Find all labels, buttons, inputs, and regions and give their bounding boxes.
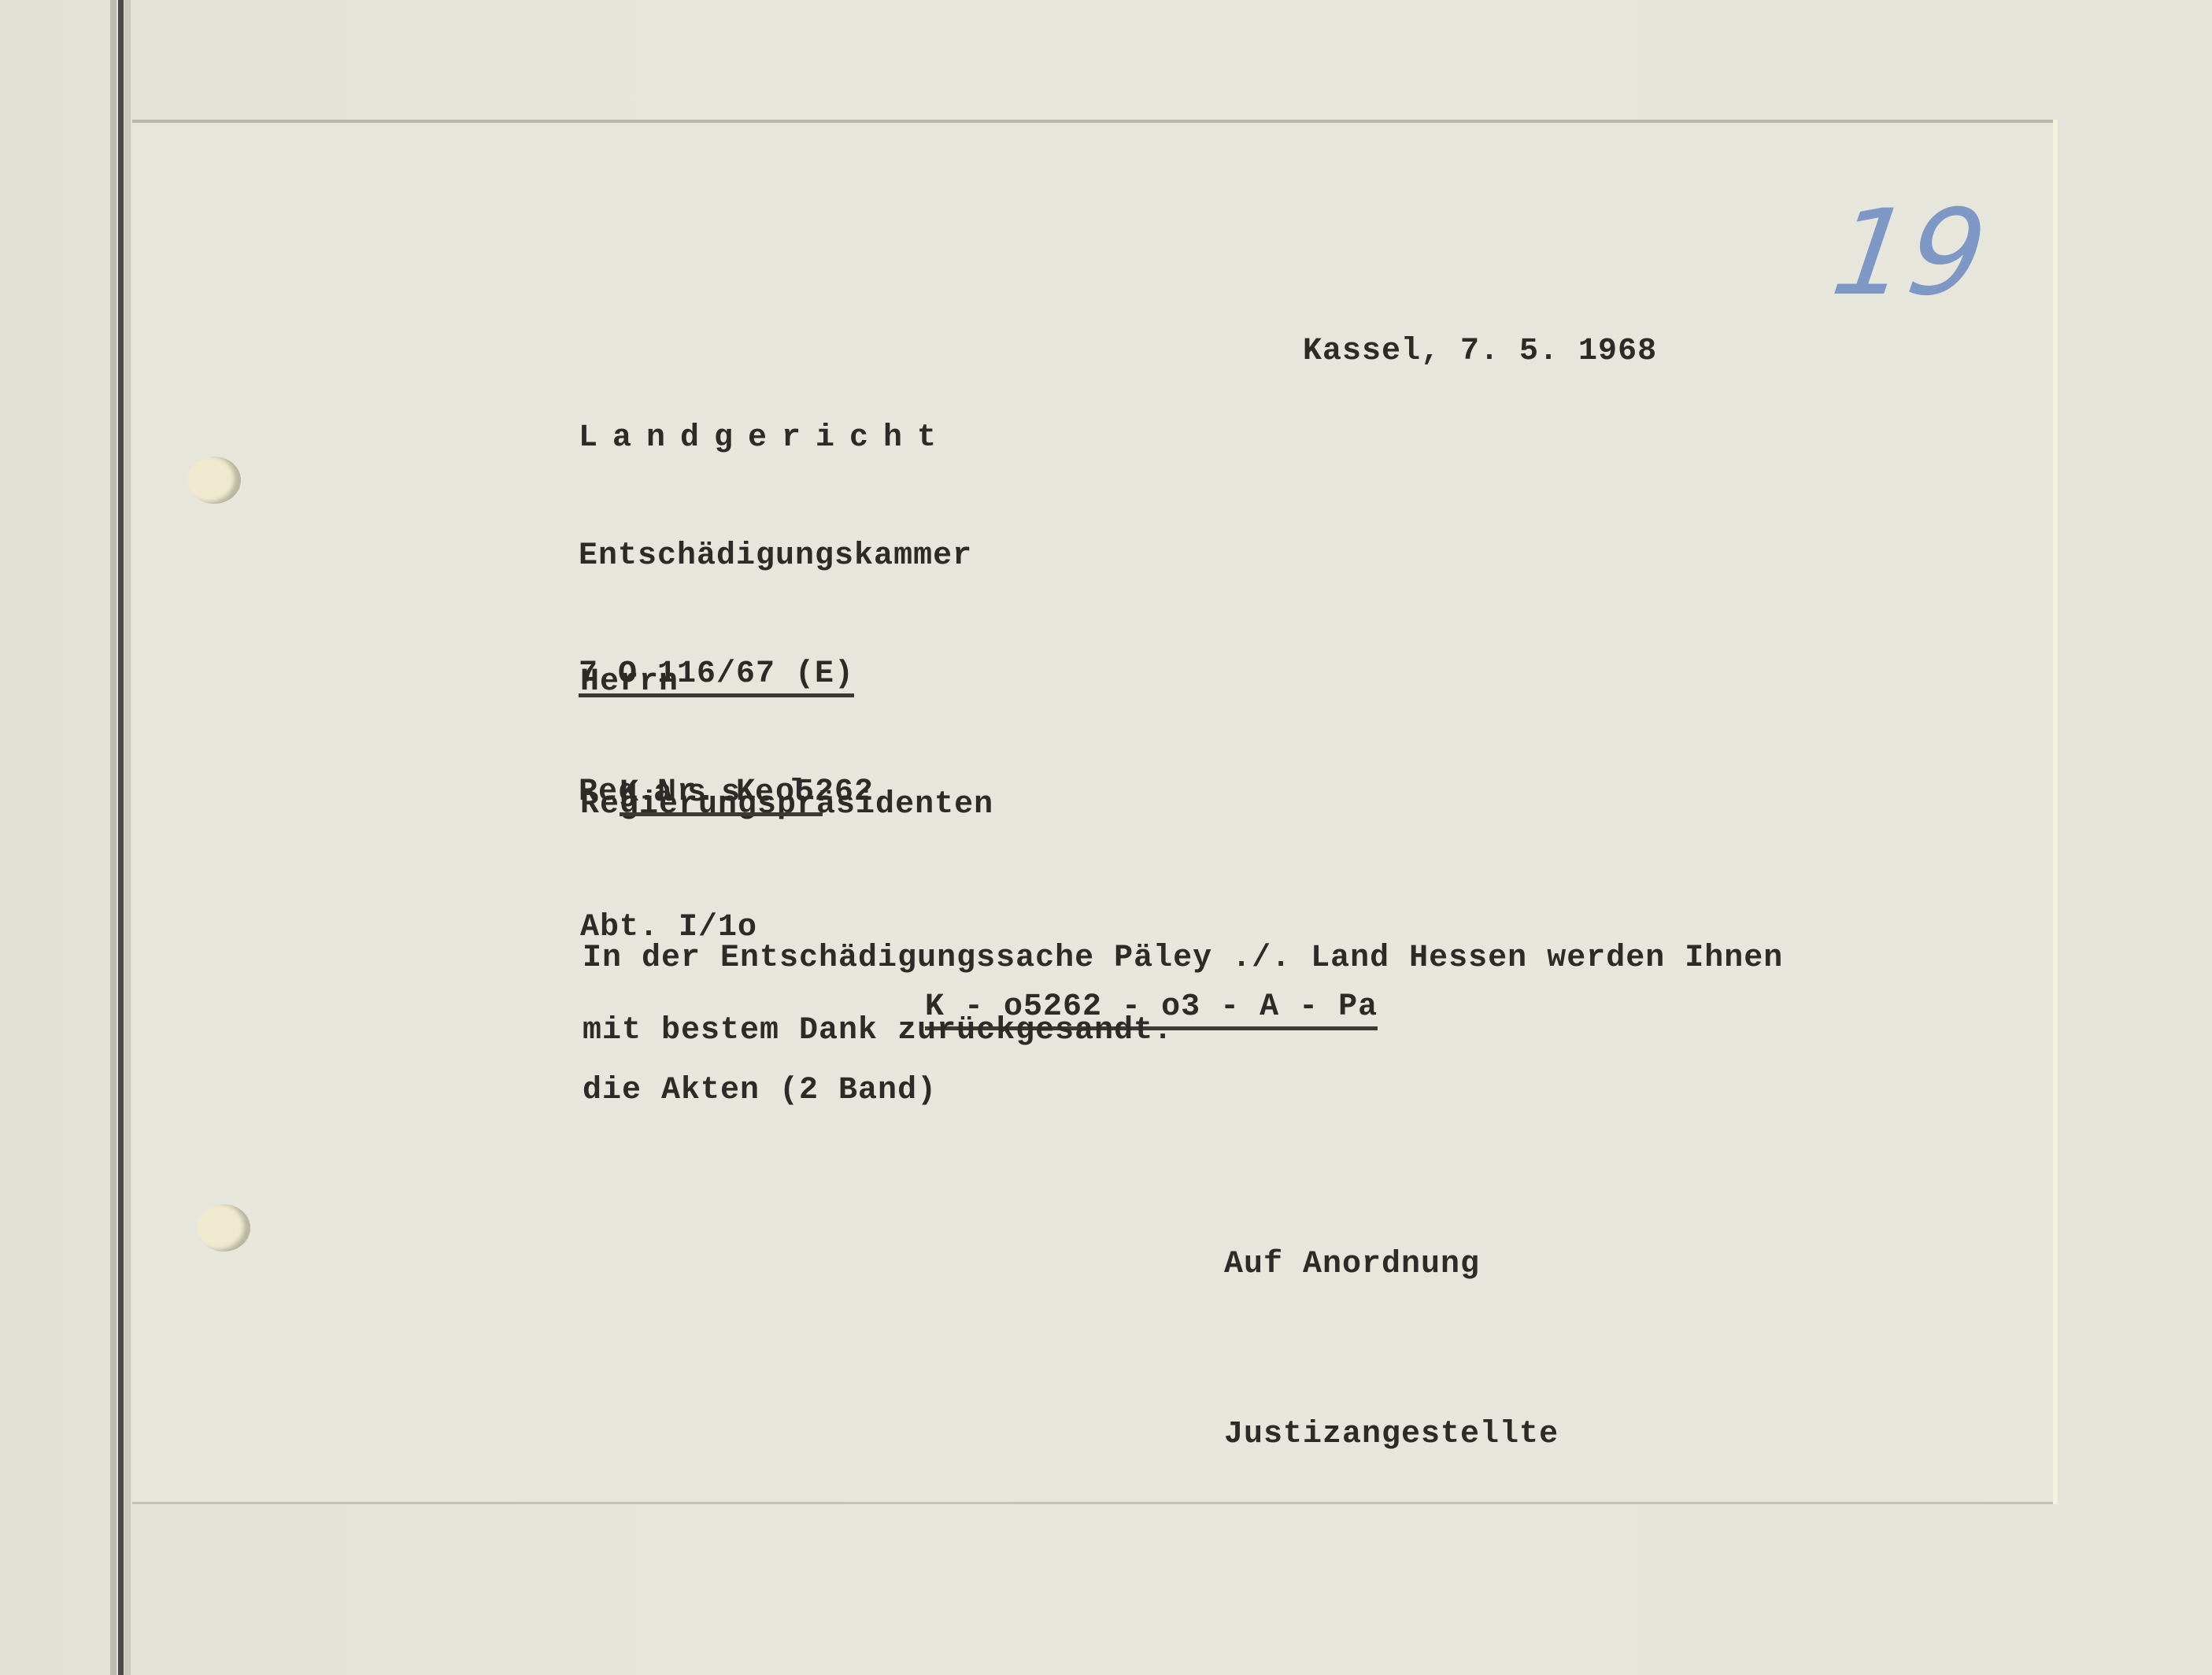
- punch-hole-icon: [197, 1204, 250, 1252]
- punch-hole-icon: [187, 457, 241, 504]
- binder-rail: [110, 0, 117, 1675]
- recipient-city-line: Kassel: [580, 734, 823, 813]
- body-line-2: die Akten (2 Band): [583, 1069, 1783, 1113]
- closing-line-2: Justizangestellte: [1224, 1407, 1559, 1463]
- binder-rail: [118, 0, 124, 1675]
- place-date: Kassel, 7. 5. 1968: [1303, 332, 1657, 372]
- closing-block: Auf Anordnung Justizangestellte: [1224, 1123, 1559, 1520]
- folio-number: 19: [1825, 185, 1994, 322]
- closing-line-1: Auf Anordnung: [1224, 1237, 1559, 1293]
- recipient-salutation: Herrn: [580, 662, 993, 703]
- letter-sheet: [132, 120, 2053, 1504]
- court-name: Landgericht: [579, 419, 972, 458]
- recipient-city: Kassel: [620, 775, 823, 816]
- chamber-name: Entschädigungskammer: [579, 537, 972, 576]
- binder-rail: [124, 0, 131, 1675]
- body-line-3: mit bestem Dank zurückgesandt.: [583, 1011, 1173, 1051]
